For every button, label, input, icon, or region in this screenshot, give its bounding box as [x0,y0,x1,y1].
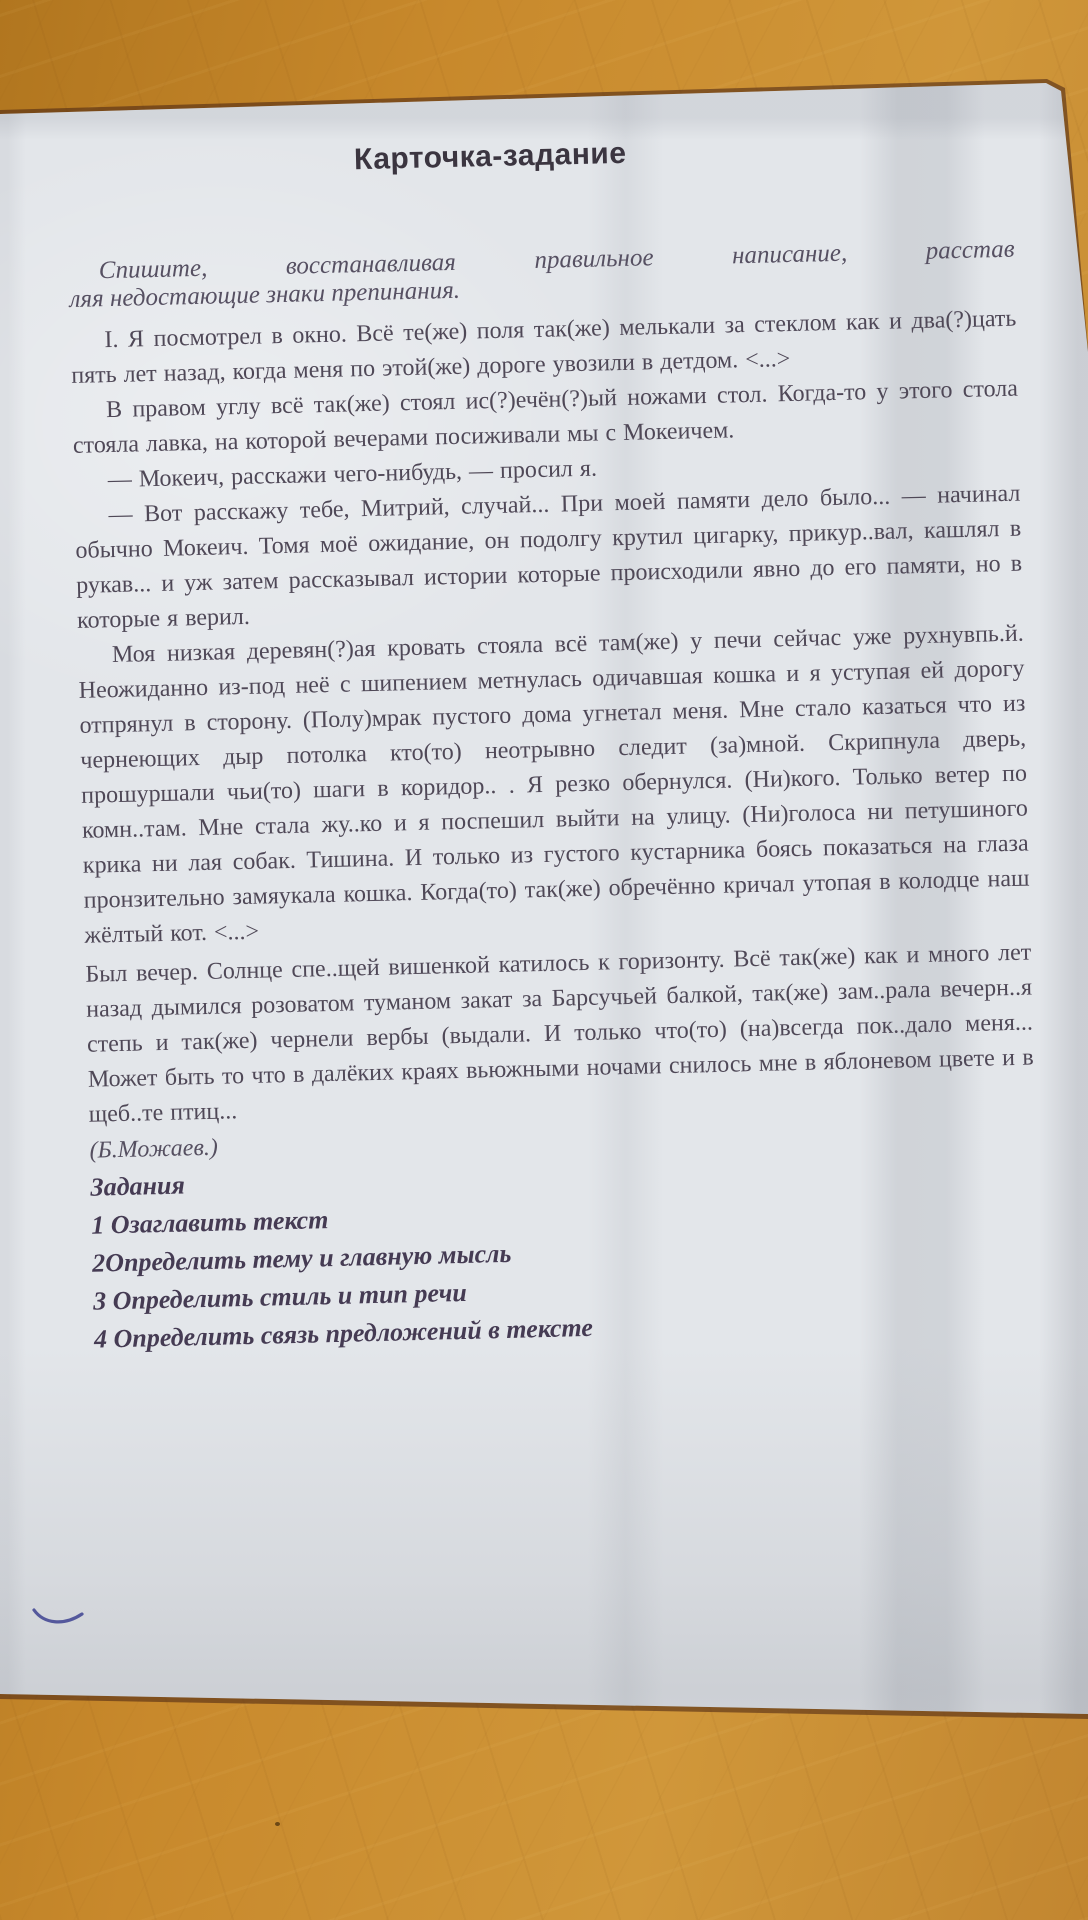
pen-mark-icon [30,1602,86,1632]
paragraph-6: Был вечер. Солнце спе..щей вишенкой кати… [85,935,1035,1132]
paragraph-4-dialogue: — Вот расскажу тебе, Митрий, случай... П… [74,477,1023,639]
worksheet-content: Карточка-задание Спишите, восстанавливая… [66,128,1040,1359]
worksheet-paper: Карточка-задание Спишите, восстанавливая… [0,0,1088,1920]
paragraph-5: Моя низкая деревян(?)ая кровать стояла в… [78,617,1031,954]
instruction-block: Спишите, восстанавливая правильное напис… [69,236,1016,314]
photo-scene: Карточка-задание Спишите, восстанавливая… [0,0,1088,1920]
page-title: Карточка-задание [66,130,915,184]
wood-speck [275,1822,280,1826]
